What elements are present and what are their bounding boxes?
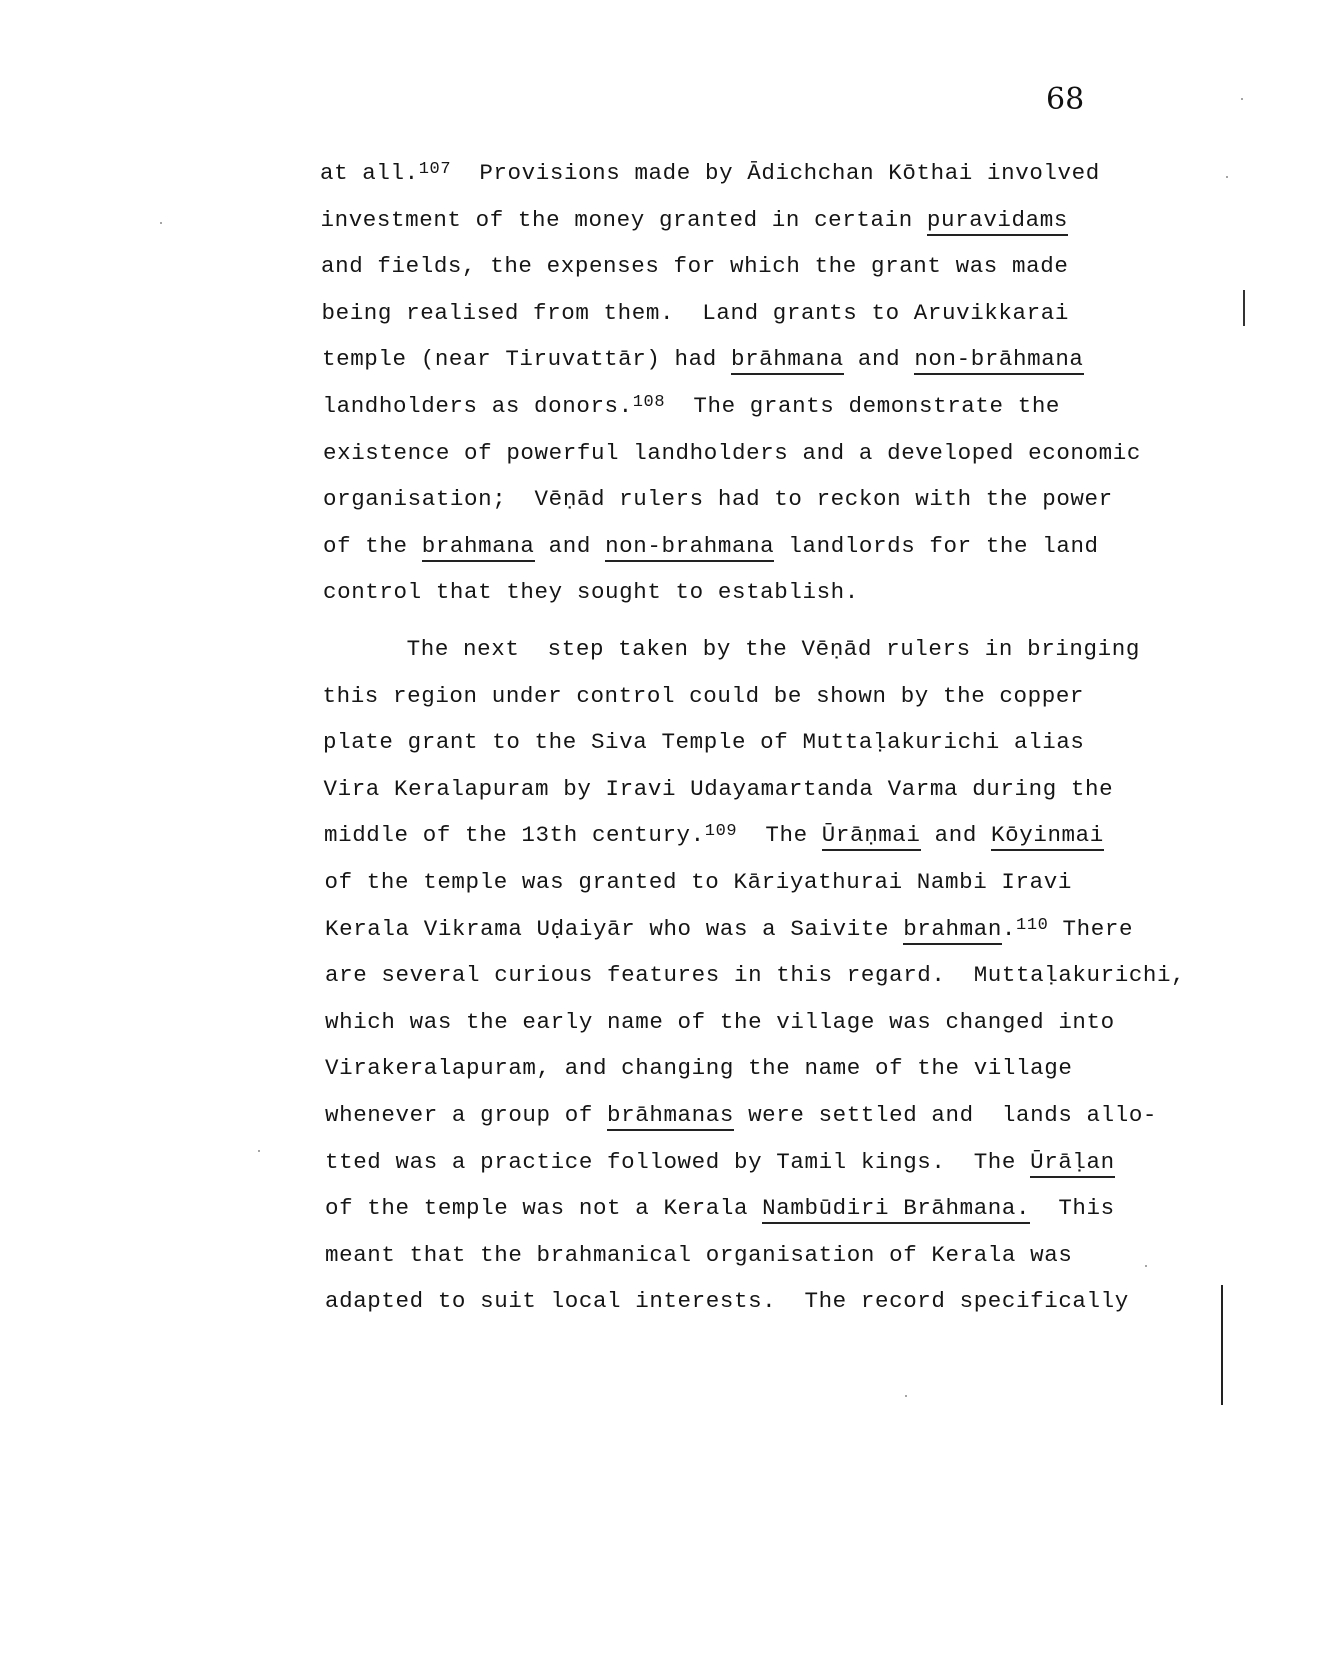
text-line: landholders as donors.108 The grants dem… (323, 393, 1061, 419)
underlined-term: Ūrāḷan (1030, 1149, 1115, 1178)
text-line: and fields, the expenses for which the g… (321, 253, 1068, 279)
underlined-term: brāhmana (731, 346, 844, 375)
text-line: are several curious features in this reg… (325, 962, 1185, 988)
text-line: Vira Keralapuram by Iravi Udayamartanda … (324, 776, 1114, 802)
text-line: middle of the 13th century.109 The Ūrāṇm… (324, 822, 1104, 848)
underlined-term: Kōyinmai (991, 822, 1104, 851)
footnote-ref: 110 (1016, 916, 1048, 935)
underlined-term: non-brahmana (605, 533, 774, 562)
text-line: temple (near Tiruvattār) had brāhmana an… (322, 346, 1084, 372)
footnote-ref: 107 (419, 160, 451, 179)
underlined-term: Nambūdiri Brāhmana. (762, 1195, 1030, 1224)
scan-speck (258, 1150, 260, 1152)
text-line: The next step taken by the Vēṇād rulers … (322, 636, 1140, 662)
scan-edge-mark (1243, 290, 1245, 326)
underlined-term: brāhmanas (607, 1102, 734, 1131)
text-line: plate grant to the Siva Temple of Muttaḷ… (323, 729, 1085, 755)
underlined-term: brahman (903, 916, 1002, 945)
text-line: of the temple was not a Kerala Nambūdiri… (325, 1195, 1115, 1221)
page-number: 68 (1046, 82, 1084, 117)
text-line: of the temple was granted to Kāriyathura… (325, 869, 1072, 895)
scan-speck (1145, 1265, 1147, 1267)
text-line: of the brahmana and non-brahmana landlor… (323, 533, 1099, 559)
footnote-ref: 109 (705, 822, 737, 841)
text-line: meant that the brahmanical organisation … (325, 1242, 1072, 1268)
scan-speck (160, 222, 162, 224)
text-line: at all.107 Provisions made by Ādichchan … (320, 160, 1100, 186)
scan-speck (1226, 176, 1228, 178)
underlined-term: non-brāhmana (914, 346, 1083, 375)
text-line: organisation; Vēṇād rulers had to reckon… (323, 486, 1113, 512)
text-line: adapted to suit local interests. The rec… (325, 1288, 1129, 1314)
text-line: being realised from them. Land grants to… (322, 300, 1069, 326)
text-line: control that they sought to establish. (323, 579, 859, 605)
text-line: which was the early name of the village … (325, 1009, 1115, 1035)
text-line: Virakeralapuram, and changing the name o… (325, 1055, 1072, 1081)
scan-speck (905, 1395, 907, 1397)
text-line: existence of powerful landholders and a … (323, 440, 1141, 466)
scan-edge-mark (1221, 1285, 1223, 1405)
text-line: Kerala Vikrama Uḍaiyār who was a Saivite… (325, 916, 1133, 942)
document-page: 68 at all.107 Provisions made by Ādichch… (0, 0, 1326, 1662)
text-line: tted was a practice followed by Tamil ki… (325, 1149, 1115, 1175)
text-line: investment of the money granted in certa… (321, 207, 1068, 233)
text-line: whenever a group of brāhmanas were settl… (325, 1102, 1157, 1128)
text-line: this region under control could be shown… (323, 683, 1085, 709)
underlined-term: puravidams (927, 207, 1068, 236)
footnote-ref: 108 (633, 393, 665, 412)
underlined-term: Ūrāṇmai (822, 822, 921, 851)
underlined-term: brahmana (422, 533, 535, 562)
scan-speck (1241, 98, 1243, 100)
